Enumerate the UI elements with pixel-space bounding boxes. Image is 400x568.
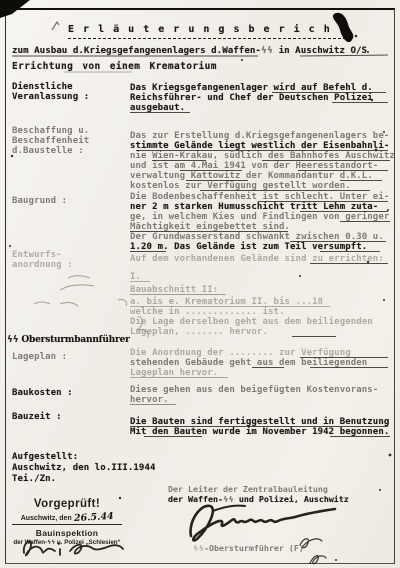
body-line: welche in ............. ist. <box>130 307 285 317</box>
rank-label: Obersturmbannführer <box>21 335 129 345</box>
place-date-line: Auschwitz, den lo.III.1944 <box>12 463 155 473</box>
body-line: kostenlos zur Verfügung gestellt worden. <box>130 181 351 191</box>
body-line: und ist am 4.Mai 1941 von der Heeresstan… <box>130 161 378 171</box>
vorgeprueft-stamp: Vorgeprüft! Auschwitz, den 26.5.44 Bauin… <box>4 498 130 546</box>
subtitle-text: zum Ausbau d.Kriegsgefangenenlagers d.Wa… <box>12 45 261 56</box>
body-line: Lageplan, ....... hervor. <box>130 327 268 337</box>
ss-runes-icon: ϟϟ <box>47 539 55 546</box>
body-line: Reichsführer- und Chef der Deutschen Pol… <box>130 93 373 103</box>
section-label: d.Baustelle : <box>12 146 84 156</box>
document-subtitle: zum Ausbau d.Kriegsgefangenenlagers d.Wa… <box>12 45 367 56</box>
ss-runes-icon: ϟϟ <box>7 335 18 345</box>
document-title: E r l ä u t e r u n g s b e r i c h t <box>68 24 346 39</box>
document-subject-line: Errichtung von einem Krematorium <box>12 61 217 72</box>
body-line: Auf dem vorhandenen Gelände sind zu erri… <box>130 254 384 264</box>
body-line: ausgebaut. <box>130 103 185 113</box>
prepared-by-label: Aufgestellt: <box>12 452 78 462</box>
section-label: Bauzeit : <box>12 412 62 422</box>
stamp-date-printed: Auschwitz, den <box>21 515 72 522</box>
handwritten-date: 26.5.44 <box>73 511 113 524</box>
body-line: nie Wien-Krakau, südlich des Bahnhofes A… <box>130 151 395 161</box>
body-line: Die Bodenbeschaffenheit ist schlecht. Un… <box>130 192 389 202</box>
body-line: Die Lage derselben geht aus dem beiliege… <box>130 317 373 327</box>
stamp-date-line: Auschwitz, den 26.5.44 <box>12 512 122 525</box>
org-location: und Polizei, Auschwitz <box>234 494 349 504</box>
stamp-office: Bauinspektion <box>4 528 130 538</box>
ss-runes-icon: ϟϟ <box>193 543 204 553</box>
stamp-title: Vorgeprüft! <box>4 498 130 510</box>
section-label: Baugrund : <box>12 196 67 206</box>
org-text: der Waffen- <box>168 494 223 504</box>
section-label: Beschaffung u. <box>12 126 89 136</box>
body-line: Diese gehen aus den beigefügten Kostenvo… <box>130 385 378 395</box>
stamp-org-text: der Waffen- <box>13 539 47 546</box>
body-line: stehenden Gebäude geht aus dem beiliegen… <box>130 358 367 368</box>
stamp-org-line: der Waffen-ϟϟ u. Polizei „Schlesien“ <box>4 539 130 546</box>
body-line: Bauabschnitt II: <box>130 285 218 295</box>
body-line: stimmte Gelände liegt westlich der Eisen… <box>130 141 389 151</box>
body-line: Die Bauten sind fertiggestellt und in Be… <box>130 417 389 427</box>
jothann-signature <box>183 498 343 546</box>
signatory-rank-line: ϟϟ-Obersturmführer (F) <box>193 543 304 553</box>
ss-runes-icon: ϟϟ <box>223 494 234 504</box>
stamp-org-region: u. Polizei „Schlesien“ <box>55 539 120 546</box>
body-line: ner 2 m starken Humusschicht tritt Lehm … <box>130 202 378 212</box>
body-line: Lageplan hervor. <box>130 368 218 378</box>
section-label: Dienstliche <box>12 82 73 92</box>
body-line: a. bis e. Krematorium II. bis ...18 <box>130 297 323 307</box>
body-line: Das Kriegsgefangenenlager wird auf Befeh… <box>130 83 373 93</box>
signatory-org-line: der Waffen-ϟϟ und Polizei, Auschwitz <box>168 495 349 505</box>
body-line: hervor. <box>130 395 169 405</box>
body-line: Das zur Erstellung d.Kriegsgefangenenlag… <box>130 131 389 141</box>
initials-line: Tei./Zn. <box>12 474 56 484</box>
section-label: Beschaffenheit <box>12 136 89 146</box>
body-line: Die Anordnung der ........ zur Verfügung <box>130 348 351 358</box>
body-line: Der Grundwasserstand schwankt zwischen 0… <box>130 232 384 242</box>
section-label: Entwurfs- <box>12 250 62 260</box>
scanned-document-page: { "doc": { "title_spaced": "E r l ä u t … <box>0 0 400 568</box>
body-line: ge, in welchem Kies und Findlingen von g… <box>130 212 389 222</box>
section-label: Veranlassung : <box>12 92 89 102</box>
margin-rank-stamp: ϟϟ Obersturmbannführer <box>7 335 130 345</box>
body-line: 1.20 m. Das Gelände ist zum Teil versump… <box>130 242 367 252</box>
section-label: Lageplan : <box>12 352 67 362</box>
rank-text: -Obersturmführer (F) <box>204 543 304 553</box>
body-line: verwaltung Kattowitz der Kommandantur d.… <box>130 171 373 181</box>
body-line: I. <box>130 272 141 282</box>
section-label: anordnung : <box>12 260 73 270</box>
body-line: Mit den Bauten wurde im November 1942 be… <box>130 427 389 437</box>
subtitle-location: in Auschwitz O/S <box>273 45 367 56</box>
section-label: Baukosten : <box>12 388 73 398</box>
body-line: Mächtigkeit eingebettet sind. <box>130 222 290 232</box>
ss-runes-icon: ϟϟ <box>261 45 273 56</box>
